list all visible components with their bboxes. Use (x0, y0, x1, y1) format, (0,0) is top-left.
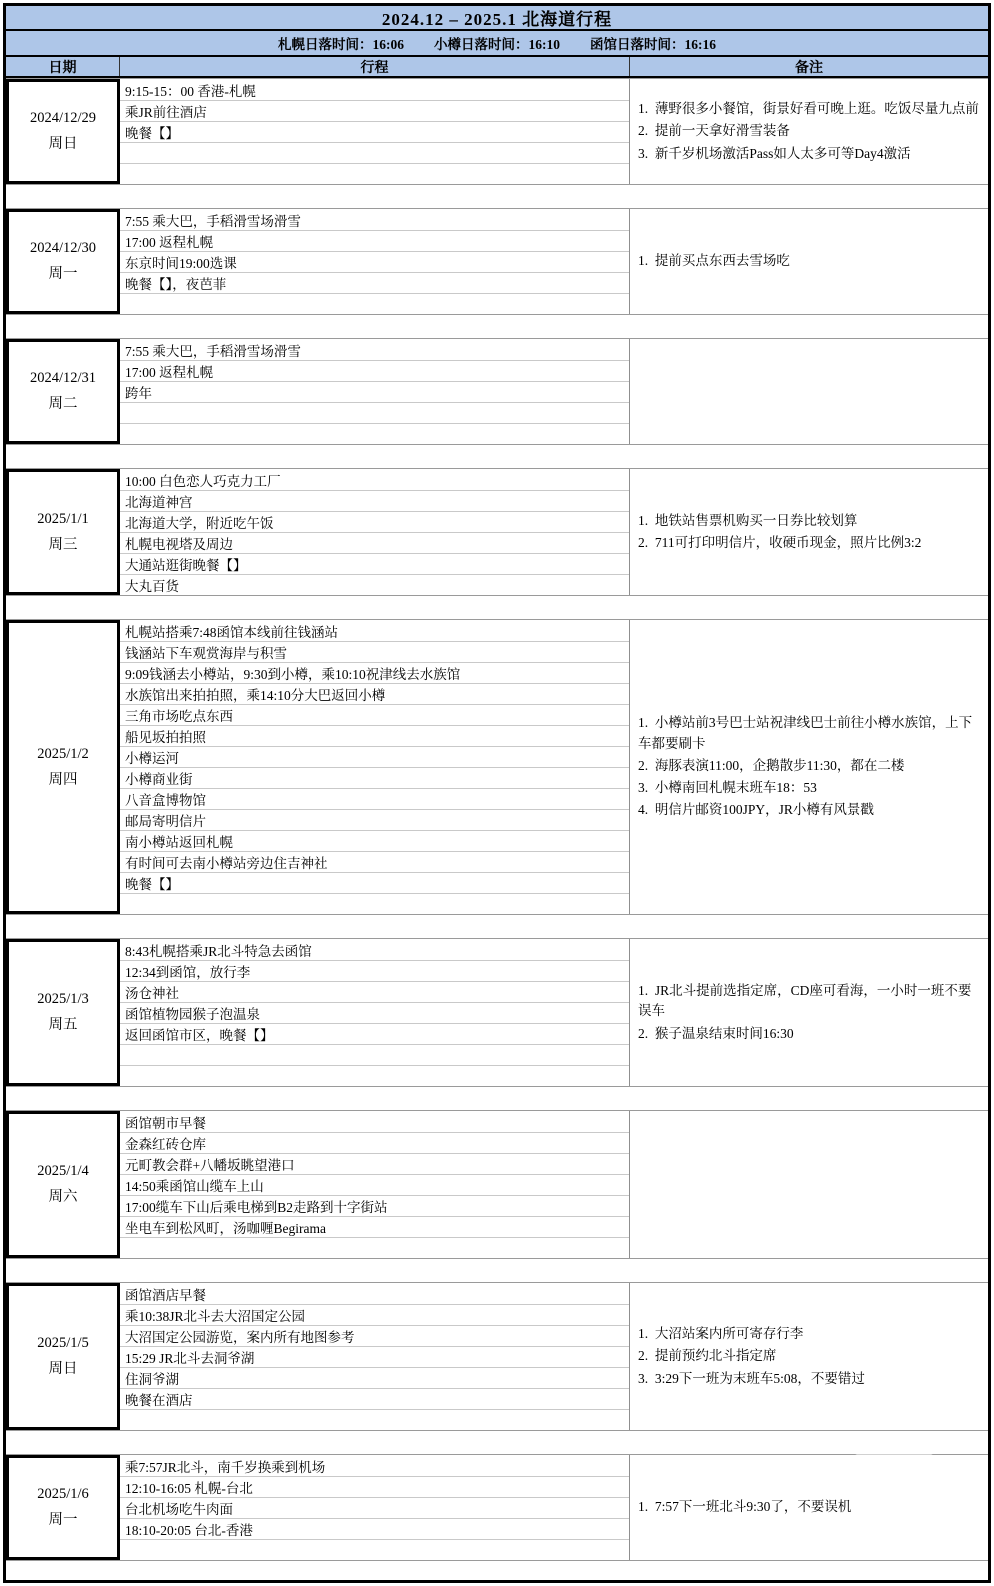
weekday-text: 周日 (49, 1357, 78, 1378)
date-cell: 2025/1/2 周四 (6, 620, 120, 914)
itinerary-line-cell: 10:00 白色恋人巧克力工厂 (120, 469, 629, 490)
itinerary-line-cell (120, 1065, 629, 1086)
date-text: 2024/12/30 (30, 240, 96, 257)
day-blocks-container: 2024/12/29 周日 9:15-15：00 香港-札幌乘JR前往酒店晚餐【… (6, 78, 988, 1580)
itinerary-line-cell: 三角市场吃点东西 (120, 704, 629, 725)
itinerary-line-cell: 北海道神宫 (120, 490, 629, 511)
itinerary-sheet: 2024.12 – 2025.1 北海道行程 札幌日落时间：16:06 小樽日落… (3, 3, 991, 1583)
notes-cell: 1. 提前买点东西去雪场吃 (630, 209, 988, 314)
column-header-date: 日期 (6, 57, 120, 76)
itinerary-line-cell (120, 1409, 629, 1430)
itinerary-line-cell: 晚餐【】，夜芭菲 (120, 272, 629, 293)
row-spacer (6, 185, 988, 208)
weekday-text: 周六 (49, 1185, 78, 1206)
itinerary-column: 乘7:57JR北斗，南千岁换乘到机场12:10-16:05 札幌-台北台北机场吃… (120, 1455, 630, 1560)
itinerary-line-cell (120, 1539, 629, 1560)
weekday-text: 周四 (49, 768, 78, 789)
notes-cell: 1. 大沼站案内所可寄存行李2. 提前预约北斗指定席3. 3:29下一班为末班车… (630, 1283, 988, 1430)
note-line: 1. 提前买点东西去雪场吃 (638, 251, 982, 271)
itinerary-line-cell: 南小樽站返回札幌 (120, 830, 629, 851)
date-text: 2025/1/1 (37, 511, 89, 528)
itinerary-line-cell (120, 163, 629, 184)
itinerary-line-cell: 金森红砖仓库 (120, 1132, 629, 1153)
row-spacer (6, 1431, 988, 1454)
date-text: 2024/12/29 (30, 110, 96, 127)
itinerary-column: 函馆酒店早餐乘10:38JR北斗去大沼国定公园大沼国定公园游览，案内所有地图参考… (120, 1283, 630, 1430)
date-cell: 2025/1/4 周六 (6, 1111, 120, 1258)
note-line: 3. 小樽南回札幌末班车18：53 (638, 778, 982, 798)
itinerary-line-cell: 汤仓神社 (120, 981, 629, 1002)
itinerary-line-cell: 17:00缆车下山后乘电梯到B2走路到十字街站 (120, 1195, 629, 1216)
note-line: 3. 新千岁机场激活Pass如人太多可等Day4激活 (638, 144, 982, 164)
itinerary-column: 7:55 乘大巴，手稻滑雪场滑雪17:00 返程札幌东京时间19:00选课晚餐【… (120, 209, 630, 314)
itinerary-line-cell: 9:09钱涵去小樽站，9:30到小樽，乘10:10祝津线去水族馆 (120, 662, 629, 683)
note-line: 1. 薄野很多小餐馆，街景好看可晚上逛。吃饭尽量九点前 (638, 99, 982, 119)
itinerary-line-cell: 函馆朝市早餐 (120, 1111, 629, 1132)
note-line: 1. 小樽站前3号巴士站祝津线巴士前往小樽水族馆，上下车都要刷卡 (638, 713, 982, 754)
itinerary-line-cell: 12:34到函馆，放行李 (120, 960, 629, 981)
itinerary-line-cell: 八音盒博物馆 (120, 788, 629, 809)
itinerary-column: 9:15-15：00 香港-札幌乘JR前往酒店晚餐【】 (120, 79, 630, 184)
itinerary-line-cell: 札幌站搭乘7:48函馆本线前往钱涵站 (120, 620, 629, 641)
itinerary-line-cell: 台北机场吃牛肉面 (120, 1497, 629, 1518)
itinerary-line-cell: 钱涵站下车观赏海岸与积雪 (120, 641, 629, 662)
date-cell: 2024/12/31 周二 (6, 339, 120, 444)
column-header-row: 日期 行程 备注 (6, 57, 988, 78)
itinerary-line-cell: 晚餐【】 (120, 121, 629, 142)
day-block: 2024/12/31 周二 7:55 乘大巴，手稻滑雪场滑雪17:00 返程札幌… (6, 338, 988, 445)
note-line: 2. 海豚表演11:00，企鹅散步11:30，都在二楼 (638, 756, 982, 776)
notes-cell (630, 339, 988, 444)
itinerary-line-cell: 水族馆出来拍拍照，乘14:10分大巴返回小樽 (120, 683, 629, 704)
date-cell: 2024/12/29 周日 (6, 79, 120, 184)
date-text: 2025/1/2 (37, 746, 89, 763)
note-line: 2. 提前预约北斗指定席 (638, 1346, 982, 1366)
itinerary-line-cell: 船见坂拍拍照 (120, 725, 629, 746)
itinerary-line-cell (120, 1044, 629, 1065)
day-block: 2025/1/5 周日 函馆酒店早餐乘10:38JR北斗去大沼国定公园大沼国定公… (6, 1282, 988, 1431)
note-line: 2. 提前一天拿好滑雪装备 (638, 121, 982, 141)
row-spacer (6, 445, 988, 468)
itinerary-line-cell: 15:29 JR北斗去洞爷湖 (120, 1346, 629, 1367)
note-line: 2. 猴子温泉结束时间16:30 (638, 1024, 982, 1044)
date-cell: 2025/1/6 周一 (6, 1455, 120, 1560)
row-spacer (6, 315, 988, 338)
itinerary-line-cell: 乘7:57JR北斗，南千岁换乘到机场 (120, 1455, 629, 1476)
note-line: 1. 地铁站售票机购买一日券比较划算 (638, 511, 982, 531)
itinerary-line-cell: 7:55 乘大巴，手稻滑雪场滑雪 (120, 209, 629, 230)
row-spacer (6, 915, 988, 938)
itinerary-line-cell: 小樽商业街 (120, 767, 629, 788)
date-text: 2025/1/4 (37, 1163, 89, 1180)
sunset-time-sapporo: 札幌日落时间：16:06 (278, 33, 404, 53)
itinerary-line-cell: 晚餐在酒店 (120, 1388, 629, 1409)
itinerary-line-cell: 函馆植物园猴子泡温泉 (120, 1002, 629, 1023)
itinerary-line-cell: 18:10-20:05 台北-香港 (120, 1518, 629, 1539)
weekday-text: 周一 (49, 262, 78, 283)
itinerary-column: 函馆朝市早餐金森红砖仓库元町教会群+八幡坂眺望港口14:50乘函馆山缆车上山17… (120, 1111, 630, 1258)
notes-cell: 1. 小樽站前3号巴士站祝津线巴士前往小樽水族馆，上下车都要刷卡2. 海豚表演1… (630, 620, 988, 914)
sheet-title: 2024.12 – 2025.1 北海道行程 (6, 6, 988, 31)
itinerary-line-cell (120, 142, 629, 163)
note-line: 1. 7:57下一班北斗9:30了，不要误机 (638, 1497, 982, 1517)
weekday-text: 周三 (49, 533, 78, 554)
notes-cell: 1. 7:57下一班北斗9:30了，不要误机 (630, 1455, 988, 1560)
itinerary-column: 10:00 白色恋人巧克力工厂北海道神宫北海道大学，附近吃午饭札幌电视塔及周边大… (120, 469, 630, 595)
day-block: 2025/1/1 周三 10:00 白色恋人巧克力工厂北海道神宫北海道大学，附近… (6, 468, 988, 596)
itinerary-line-cell: 邮局寄明信片 (120, 809, 629, 830)
itinerary-line-cell: 乘JR前往酒店 (120, 100, 629, 121)
column-header-itinerary: 行程 (120, 57, 630, 76)
note-line: 1. 大沼站案内所可寄存行李 (638, 1324, 982, 1344)
notes-cell: 1. 薄野很多小餐馆，街景好看可晚上逛。吃饭尽量九点前2. 提前一天拿好滑雪装备… (630, 79, 988, 184)
itinerary-line-cell: 住洞爷湖 (120, 1367, 629, 1388)
weekday-text: 周二 (49, 392, 78, 413)
row-spacer (6, 1259, 988, 1282)
notes-cell: 1. JR北斗提前选指定席，CD座可看海，一小时一班不要误车2. 猴子温泉结束时… (630, 939, 988, 1086)
date-cell: 2025/1/5 周日 (6, 1283, 120, 1430)
itinerary-line-cell (120, 402, 629, 423)
date-text: 2025/1/6 (37, 1486, 89, 1503)
itinerary-line-cell: 17:00 返程札幌 (120, 230, 629, 251)
date-cell: 2025/1/3 周五 (6, 939, 120, 1086)
itinerary-line-cell: 小樽运河 (120, 746, 629, 767)
notes-cell: 1. 地铁站售票机购买一日券比较划算2. 711可打印明信片，收硬币现金，照片比… (630, 469, 988, 595)
itinerary-line-cell: 17:00 返程札幌 (120, 360, 629, 381)
itinerary-line-cell: 9:15-15：00 香港-札幌 (120, 79, 629, 100)
itinerary-line-cell: 跨年 (120, 381, 629, 402)
sunset-time-hakodate: 函馆日落时间：16:16 (590, 33, 716, 53)
itinerary-line-cell (120, 293, 629, 314)
itinerary-line-cell: 坐电车到松风町，汤咖喱Begirama (120, 1216, 629, 1237)
date-cell: 2024/12/30 周一 (6, 209, 120, 314)
itinerary-line-cell: 返回函馆市区，晚餐【】 (120, 1023, 629, 1044)
sunset-times-row: 札幌日落时间：16:06 小樽日落时间：16:10 函馆日落时间：16:16 (6, 31, 988, 57)
sunset-time-otaru: 小樽日落时间：16:10 (434, 33, 560, 53)
itinerary-line-cell: 大沼国定公园游览，案内所有地图参考 (120, 1325, 629, 1346)
row-spacer (6, 596, 988, 619)
itinerary-column: 札幌站搭乘7:48函馆本线前往钱涵站钱涵站下车观赏海岸与积雪9:09钱涵去小樽站… (120, 620, 630, 914)
itinerary-column: 7:55 乘大巴，手稻滑雪场滑雪17:00 返程札幌跨年 (120, 339, 630, 444)
itinerary-line-cell: 大通站逛街晚餐【】 (120, 553, 629, 574)
itinerary-line-cell: 东京时间19:00选课 (120, 251, 629, 272)
day-block: 2024/12/30 周一 7:55 乘大巴，手稻滑雪场滑雪17:00 返程札幌… (6, 208, 988, 315)
row-spacer (6, 1087, 988, 1110)
itinerary-line-cell: 大丸百货 (120, 574, 629, 595)
date-text: 2025/1/3 (37, 991, 89, 1008)
date-cell: 2025/1/1 周三 (6, 469, 120, 595)
itinerary-line-cell: 8:43札幌搭乘JR北斗特急去函馆 (120, 939, 629, 960)
day-block: 2025/1/4 周六 函馆朝市早餐金森红砖仓库元町教会群+八幡坂眺望港口14:… (6, 1110, 988, 1259)
note-line: 4. 明信片邮资100JPY，JR小樽有风景戳 (638, 800, 982, 820)
itinerary-line-cell: 晚餐【】 (120, 872, 629, 893)
weekday-text: 周一 (49, 1508, 78, 1529)
itinerary-line-cell: 有时间可去南小樽站旁边住吉神社 (120, 851, 629, 872)
day-block: 2025/1/3 周五 8:43札幌搭乘JR北斗特急去函馆12:34到函馆，放行… (6, 938, 988, 1087)
note-line: 1. JR北斗提前选指定席，CD座可看海，一小时一班不要误车 (638, 981, 982, 1022)
day-block: 2025/1/6 周一 乘7:57JR北斗，南千岁换乘到机场12:10-16:0… (6, 1454, 988, 1561)
itinerary-column: 8:43札幌搭乘JR北斗特急去函馆12:34到函馆，放行李汤仓神社函馆植物园猴子… (120, 939, 630, 1086)
itinerary-line-cell: 函馆酒店早餐 (120, 1283, 629, 1304)
itinerary-line-cell: 北海道大学，附近吃午饭 (120, 511, 629, 532)
notes-cell (630, 1111, 988, 1258)
note-line: 3. 3:29下一班为末班车5:08，不要错过 (638, 1369, 982, 1389)
itinerary-line-cell (120, 1237, 629, 1258)
itinerary-line-cell: 14:50乘函馆山缆车上山 (120, 1174, 629, 1195)
date-text: 2025/1/5 (37, 1335, 89, 1352)
itinerary-line-cell: 元町教会群+八幡坂眺望港口 (120, 1153, 629, 1174)
itinerary-line-cell: 7:55 乘大巴，手稻滑雪场滑雪 (120, 339, 629, 360)
itinerary-line-cell (120, 423, 629, 444)
itinerary-line-cell: 乘10:38JR北斗去大沼国定公园 (120, 1304, 629, 1325)
itinerary-line-cell (120, 893, 629, 914)
day-block: 2024/12/29 周日 9:15-15：00 香港-札幌乘JR前往酒店晚餐【… (6, 78, 988, 185)
weekday-text: 周日 (49, 132, 78, 153)
date-text: 2024/12/31 (30, 370, 96, 387)
itinerary-line-cell: 12:10-16:05 札幌-台北 (120, 1476, 629, 1497)
weekday-text: 周五 (49, 1013, 78, 1034)
day-block: 2025/1/2 周四 札幌站搭乘7:48函馆本线前往钱涵站钱涵站下车观赏海岸与… (6, 619, 988, 915)
itinerary-line-cell: 札幌电视塔及周边 (120, 532, 629, 553)
column-header-notes: 备注 (630, 57, 988, 76)
note-line: 2. 711可打印明信片，收硬币现金，照片比例3:2 (638, 533, 982, 553)
